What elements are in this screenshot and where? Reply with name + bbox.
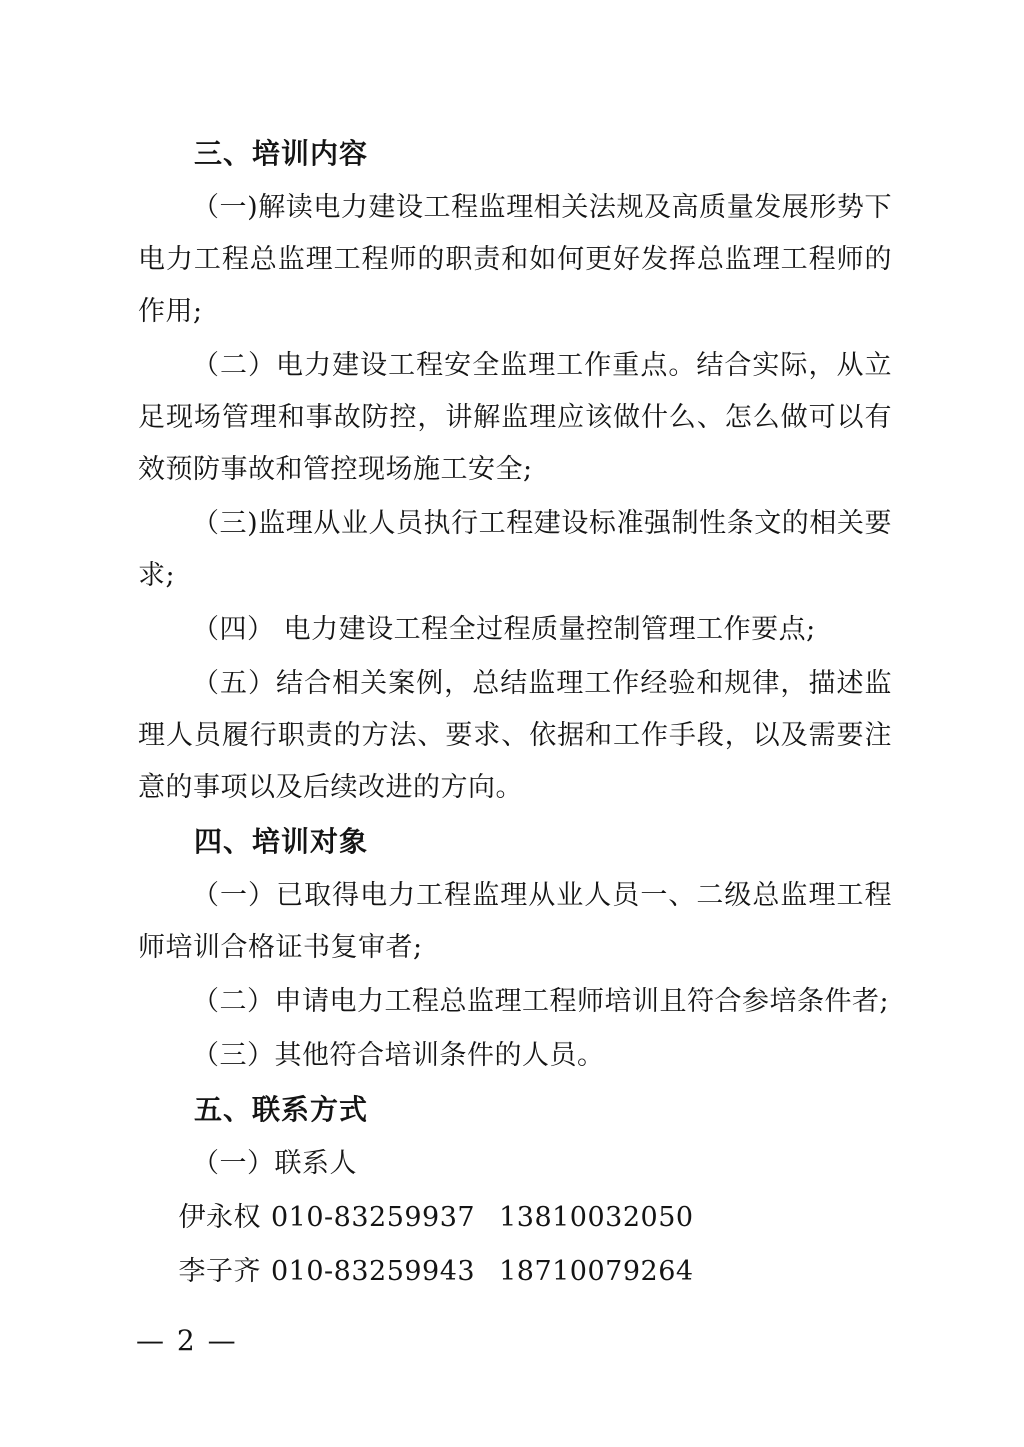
paragraph-audience-item-1: （一）已取得电力工程监理从业人员一、二级总监理工程师培训合格证书复审者; [138, 870, 892, 974]
paragraph-audience-item-2: （二）申请电力工程总监理工程师培训且符合参培条件者; [138, 976, 892, 1028]
paragraph-audience-item-3: （三）其他符合培训条件的人员。 [138, 1030, 892, 1082]
contact-name: 伊永权 [179, 1202, 262, 1233]
contact-mobile: 13810032050 [499, 1202, 693, 1233]
contact-line: 李子齐010-8325994318710079264 [138, 1246, 892, 1298]
paragraph-training-item-5: （五）结合相关案例，总结监理工作经验和规律，描述监理人员履行职责的方法、要求、依… [138, 658, 892, 814]
paragraph-training-item-1: （一)解读电力建设工程监理相关法规及高质量发展形势下电力工程总监理工程师的职责和… [138, 182, 892, 338]
document-content: 三、培训内容 （一)解读电力建设工程监理相关法规及高质量发展形势下电力工程总监理… [138, 128, 892, 1300]
heading-training-content: 三、培训内容 [138, 128, 892, 180]
paragraph-training-item-2: （二）电力建设工程安全监理工作重点。结合实际，从立足现场管理和事故防控，讲解监理… [138, 340, 892, 496]
paragraph-training-item-4: （四） 电力建设工程全过程质量控制管理工作要点; [138, 604, 892, 656]
contact-name: 李子齐 [179, 1256, 262, 1287]
document-page: 三、培训内容 （一)解读电力建设工程监理相关法规及高质量发展形势下电力工程总监理… [0, 0, 1024, 1447]
page-number: — 2 — [136, 1324, 238, 1357]
contact-phone: 010-83259943 [271, 1256, 475, 1287]
heading-contact-info: 五、联系方式 [138, 1084, 892, 1136]
heading-training-audience: 四、培训对象 [138, 816, 892, 868]
paragraph-contact-person-label: （一）联系人 [138, 1138, 892, 1190]
paragraph-training-item-3: （三)监理从业人员执行工程建设标准强制性条文的相关要求; [138, 498, 892, 602]
contact-line: 伊永权010-8325993713810032050 [138, 1192, 892, 1244]
contact-mobile: 18710079264 [499, 1256, 693, 1287]
contact-phone: 010-83259937 [271, 1202, 475, 1233]
